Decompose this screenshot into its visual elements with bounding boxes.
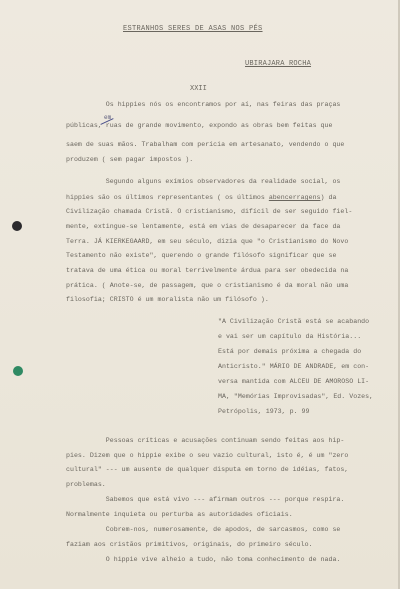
line-text: públicas, ruas de grande movimento, expo…	[66, 122, 332, 129]
text-line: faziam aos cristãos primitivos, originai…	[66, 541, 313, 549]
line-text: versa mantida com ALCEU DE AMOROSO LI-	[218, 378, 369, 385]
text-line: Cobrem-nos, numerosamente, de apodos, de…	[66, 526, 340, 534]
quote-line: Petrópolis, 1973, p. 99	[218, 408, 309, 416]
quote-line: "A Civilização Cristã está se acabando	[218, 318, 369, 326]
quote-line: versa mantida com ALCEU DE AMOROSO LI-	[218, 378, 369, 386]
green-dot-mark	[13, 366, 23, 376]
line-text: Terra. JÁ KIERKEGAARD, em seu século, di…	[66, 238, 348, 245]
text-line: produzem ( sem pagar impostos ).	[66, 156, 193, 164]
text-line: mente, extingue-se lentamente, está em v…	[66, 223, 340, 231]
quote-line: Anticristo." MÁRIO DE ANDRADE, em con-	[218, 363, 369, 371]
text-line: problemas.	[66, 481, 106, 489]
line-text: MA, "Memórias Improvisadas", Ed. Vozes,	[218, 393, 373, 400]
line-text: e vai ser um capítulo da História...	[218, 333, 361, 340]
document-page: ESTRANHOS SERES DE ASAS NOS PÉS UBIRAJAR…	[0, 0, 400, 589]
text-line: Civilização chamada Cristã. O cristianis…	[66, 208, 352, 216]
line-text: Testamento não existe", querendo o grand…	[66, 252, 336, 259]
line-text: cultural" --- um ausente de qualquer dis…	[66, 466, 348, 473]
line-text: Petrópolis, 1973, p. 99	[218, 408, 309, 415]
line-text: Civilização chamada Cristã. O cristianis…	[66, 208, 352, 215]
line-text: Sabemos que está vivo --- afirmam outros…	[66, 496, 344, 503]
text-line: Normalmente inquieta ou perturba as auto…	[66, 511, 293, 519]
author-name: UBIRAJARA ROCHA	[245, 60, 311, 68]
line-text: mente, extingue-se lentamente, está em v…	[66, 223, 340, 230]
line-text-after: ) da	[321, 194, 337, 201]
line-text: Normalmente inquieta ou perturba as auto…	[66, 511, 293, 518]
text-line: O hippie vive alheio a tudo, não toma co…	[66, 556, 340, 564]
line-text: O hippie vive alheio a tudo, não toma co…	[66, 556, 340, 563]
line-text: problemas.	[66, 481, 106, 488]
line-text: saem de suas mãos. Trabalham com perícia…	[66, 141, 344, 148]
text-line: Sabemos que está vivo --- afirmam outros…	[66, 496, 344, 504]
line-text: Anticristo." MÁRIO DE ANDRADE, em con-	[218, 363, 369, 370]
line-text: Pessoas críticas e acusações continuam s…	[66, 437, 344, 444]
line-text: hippies são os últimos representantes ( …	[66, 194, 269, 201]
line-text: Está por demais próxima a chegada do	[218, 348, 361, 355]
text-line: Os hippies nós os encontramos por aí, na…	[66, 101, 340, 109]
underlined-word: abencerragens	[269, 194, 321, 201]
text-line: Segundo alguns exímios observadores da r…	[66, 178, 340, 186]
quote-line: e vai ser um capítulo da História...	[218, 333, 361, 341]
text-line: tratava de uma ética ou moral terrivelme…	[66, 267, 348, 275]
line-text: faziam aos cristãos primitivos, originai…	[66, 541, 313, 548]
line-text: tratava de uma ética ou moral terrivelme…	[66, 267, 348, 274]
line-text: pies. Dizem que o hippie exibe o seu vaz…	[66, 452, 348, 459]
text-line: públicas, ruas de grande movimento, expo…	[66, 122, 332, 130]
line-text: Os hippies nós os encontramos por aí, na…	[66, 101, 340, 108]
quote-line: Está por demais próxima a chegada do	[218, 348, 361, 356]
document-title: ESTRANHOS SERES DE ASAS NOS PÉS	[123, 25, 263, 33]
line-text: filosofia; CRISTO é um moralista não um …	[66, 296, 269, 303]
text-line: prática. ( Anote-se, de passagem, que o …	[66, 282, 348, 290]
text-line: Pessoas críticas e acusações continuam s…	[66, 437, 344, 445]
line-text: Cobrem-nos, numerosamente, de apodos, de…	[66, 526, 340, 533]
line-text: prática. ( Anote-se, de passagem, que o …	[66, 282, 348, 289]
text-line: hippies são os últimos representantes ( …	[66, 194, 336, 202]
text-line: saem de suas mãos. Trabalham com perícia…	[66, 141, 344, 149]
chapter-number: XXII	[190, 85, 207, 93]
line-text: Segundo alguns exímios observadores da r…	[66, 178, 340, 185]
text-line: cultural" --- um ausente de qualquer dis…	[66, 466, 348, 474]
text-line: Testamento não existe", querendo o grand…	[66, 252, 336, 260]
text-line: Terra. JÁ KIERKEGAARD, em seu século, di…	[66, 238, 348, 246]
text-line: filosofia; CRISTO é um moralista não um …	[66, 296, 269, 304]
line-text: "A Civilização Cristã está se acabando	[218, 318, 369, 325]
punch-hole-mark	[12, 221, 22, 231]
text-line: pies. Dizem que o hippie exibe o seu vaz…	[66, 452, 348, 460]
line-text: produzem ( sem pagar impostos ).	[66, 156, 193, 163]
quote-line: MA, "Memórias Improvisadas", Ed. Vozes,	[218, 393, 373, 401]
